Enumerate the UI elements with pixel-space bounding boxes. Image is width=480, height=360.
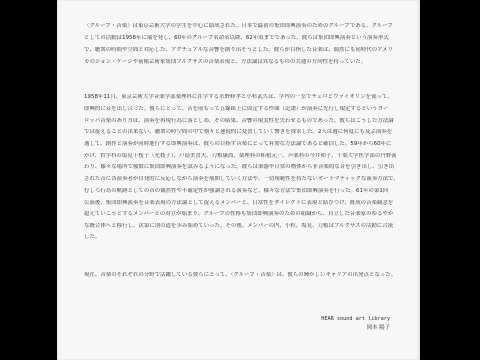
- text-line: では捉えることの出来ない、聴衆の時空間の中で刻々と連続的に変質していく響きを探求…: [84, 129, 396, 136]
- text-line: な統合体へと移行し、次第に別の道を歩み始めていった。その後、メンバーの内、小杉、…: [84, 223, 396, 230]
- text-line: 〈グループ・音楽〉は東京芸術大学の学生を中心に結成された、日本で最初の集団即興演…: [84, 23, 396, 30]
- text-line: 超えていこうとするメンバーとの対立が始まり、グループの性格も集団即興演奏のための…: [84, 211, 396, 218]
- text-line: した。: [84, 234, 396, 241]
- document-page: 〈グループ・音楽〉は東京芸術大学の学生を中心に結成された、日本で最初の集団即興演…: [57, 0, 420, 360]
- text-line: カのジョン・ケージや前衛芸術家集団フルクサスの音楽表現と、方法論は異なるものの共…: [84, 59, 396, 66]
- text-line: 現在、音楽のそれぞれの分野で活躍している彼らにとって、〈グループ・音楽〉は、彼ら…: [84, 272, 396, 279]
- text-line: 公演後、集団即興演奏を音楽表現の方法論として捉えるメンバーと、日常性をダイレクト…: [84, 200, 396, 207]
- text-line: むしろ行為の軌跡としての音の偶然性や不確定性が強調される演奏など、様々な方法で集…: [84, 188, 396, 195]
- text-line: 1958年11月、東京芸術大学音楽学部楽理科に在学する水野修孝と小杉武久は、学内…: [84, 94, 396, 101]
- signature-author: 岡本 陽子: [367, 325, 390, 332]
- screen: 〈グループ・音楽〉は東京芸術大学の学生を中心に結成された、日本で最初の集団即興演…: [0, 0, 480, 360]
- text-line: としての活動は1958年に端を発し、60年のグループ名命名以降、62年頃までであ…: [84, 35, 396, 42]
- text-line: わり、様々な場所で頻繁に集団即興演奏を試みるようになった。彼らは楽器や日常の物体…: [84, 164, 396, 171]
- text-line: 即興的に音を出し合った。彼らにとって、音を前もって五線紙上に固定する作曲（記譜）…: [84, 106, 396, 113]
- text-line: された音に各演奏者が自発的に反応しながら演奏を展開していく方法や、一切規範性を持…: [84, 176, 396, 183]
- text-line: ロッパ音楽のあり方は、演奏を再現行為に落としめ、その結果、音響の現実性を失わせる…: [84, 118, 396, 125]
- signature-organization: HEAR sound art library: [321, 316, 390, 323]
- text-line: かけ、哲学科の塩見千枝子（允枝子）、戸島美喜夫、刀根康尚、楽理科の柘植元一、声楽…: [84, 153, 396, 160]
- text-line: 通して、創作と演奏が同時進行する即興演奏は、彼らの目指す音楽にとって有効な方法論…: [84, 141, 396, 148]
- text-line: で、聴衆の時間や空間と対応した、アクチュアルな音響を創り出そうとした。彼らが目指…: [84, 47, 396, 54]
